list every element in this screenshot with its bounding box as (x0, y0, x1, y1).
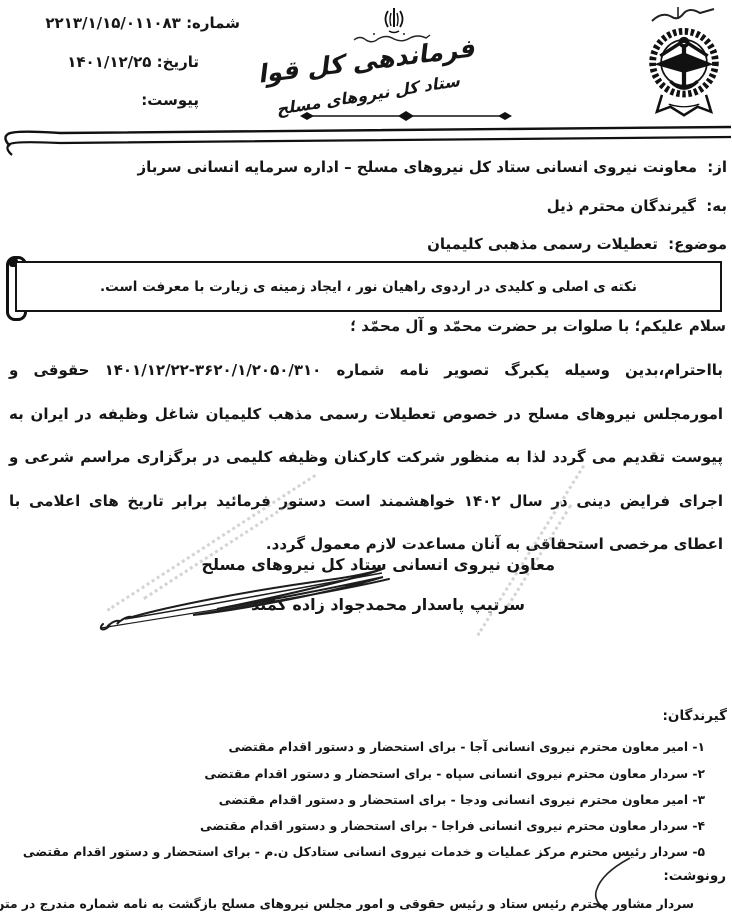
recipient-item-2: ۲- سردار معاون محترم نیروی انسانی سپاه -… (204, 767, 705, 781)
subject-value: تعطیلات رسمی مذهبی کلیمیان (427, 235, 658, 253)
date-label: تاریخ: (157, 53, 199, 71)
copy-heading: رونوشت: (663, 868, 726, 884)
from-line: از: معاونت نیروی انسانی ستاد کل نیروهای … (138, 158, 727, 176)
to-label: به: (706, 197, 727, 215)
slogan-box: نکته ی اصلی و کلیدی در اردوی راهیان نور … (15, 261, 722, 312)
to-line: به: گیرندگان محترم ذیل (547, 197, 727, 215)
greeting-line: سلام علیکم؛ با صلوات بر حضرت محمّد و آل … (350, 317, 726, 335)
scanned-letter-page: شماره: ۲۲۱۳/۱/۱۵/۰۱۱۰۸۳ تاریخ: ۱۴۰۱/۱۲/۲… (0, 0, 732, 919)
letter-number-line: شماره: ۲۲۱۳/۱/۱۵/۰۱۱۰۸۳ (45, 14, 240, 32)
copy-item-1: سردار مشاور محترم رئیس ستاد و رئیس حقوقی… (0, 897, 694, 911)
recipient-item-3: ۳- امیر معاون محترم نیروی انسانی ودجا - … (219, 793, 705, 807)
subject-line: موضوع: تعطیلات رسمی مذهبی کلیمیان (427, 235, 727, 253)
date-value: ۱۴۰۱/۱۲/۲۵ (67, 53, 151, 71)
attachment-label: پیوست: (141, 91, 199, 109)
recipient-item-4: ۴- سردار معاون محترم نیروی انسانی فراجا … (200, 819, 705, 833)
number-value: ۲۲۱۳/۱/۱۵/۰۱۱۰۸۳ (45, 14, 180, 32)
letter-date-line: تاریخ: ۱۴۰۱/۱۲/۲۵ (67, 53, 199, 71)
attachment-line: پیوست: (141, 91, 199, 109)
slogan-text: نکته ی اصلی و کلیدی در اردوی راهیان نور … (100, 279, 637, 295)
from-label: از: (707, 158, 727, 176)
from-value: معاونت نیروی انسانی ستاد کل نیروهای مسلح… (138, 158, 697, 176)
subject-label: موضوع: (668, 235, 727, 253)
signature-scribble-icon (95, 556, 395, 638)
recipient-item-1: ۱- امیر معاون محترم نیروی انسانی آجا - ب… (228, 740, 705, 754)
to-value: گیرندگان محترم ذیل (547, 197, 696, 215)
number-label: شماره: (186, 14, 240, 32)
recipients-heading: گیرندگان: (663, 708, 727, 724)
armed-forces-emblem-icon (640, 22, 728, 122)
body-paragraph: بااحترام،بدین وسیله یکبرگ تصویر نامه شما… (9, 349, 723, 567)
header-double-rule (0, 120, 732, 158)
